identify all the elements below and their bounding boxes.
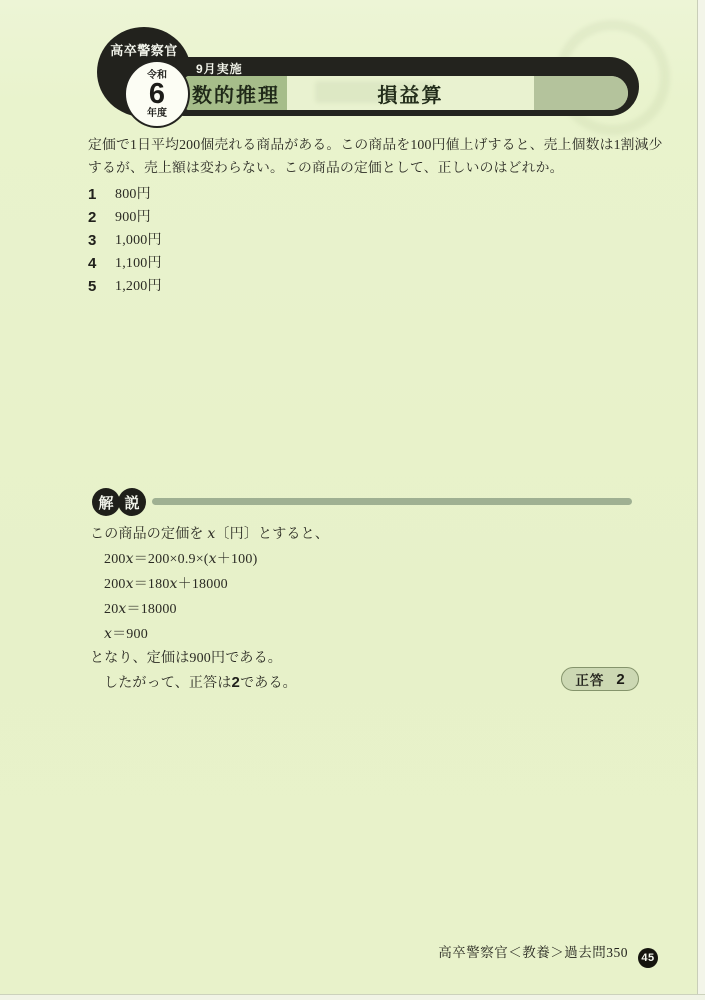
exam-category-label: 高卒警察官 [97,40,191,59]
explanation-rule-line [152,498,632,505]
option-label: 1,000円 [115,229,162,252]
page-footer: 高卒警察官＜教養＞過去問35045 [0,941,658,968]
equation-line: 20x＝18000 [104,597,650,622]
equation-line: 200x＝180x＋18000 [104,572,650,597]
equation-line: 200x＝200×0.9×(x＋100) [104,547,650,572]
option-row: 3 1,000円 [88,229,650,252]
correct-answer-label: 正答 [575,669,604,689]
page-number-badge: 45 [638,948,658,968]
option-number: 4 [88,252,115,275]
option-number: 3 [88,229,115,252]
option-number: 5 [88,275,115,298]
era-year-number: 6 [149,81,165,108]
final-pre-text: したがって、正答は [104,676,232,691]
answer-options: 1 800円 2 900円 3 1,000円 4 1,100円 5 1,200円 [88,183,650,298]
explanation-badge-circle: 解 [92,488,120,516]
correct-answer-badge: 正答 2 [561,667,639,691]
question-text-line: するが、売上額は変わらない。この商品の定価として、正しいのはどれか。 [88,156,650,179]
bleed-through-ghost [315,81,435,103]
option-row: 2 900円 [88,206,650,229]
option-label: 900円 [115,206,151,229]
correct-answer-value: 2 [616,671,624,688]
question-section: 定価で1日平均200個売れる商品がある。この商品を100円値上げすると、売上個数… [88,133,650,298]
option-label: 800円 [115,183,151,206]
explanation-badge-circle: 説 [118,488,146,516]
option-label: 1,200円 [115,275,162,298]
era-suffix: 年度 [147,108,167,119]
equation-line: x＝900 [104,622,650,647]
subject-segment: 数的推理 [185,76,287,110]
title-bar: 9月実施 数的推理 損益算 [176,57,639,116]
explanation-header: 解 説 [92,488,640,516]
era-year-badge: 令和 6 年度 [124,60,190,128]
option-number: 2 [88,206,115,229]
option-number: 1 [88,183,115,206]
topic-segment: 損益算 [287,76,534,110]
option-row: 1 800円 [88,183,650,206]
footer-book-title: 高卒警察官＜教養＞過去問350 [438,945,628,960]
endcap-segment [534,76,628,110]
schedule-label: 9月実施 [196,60,243,77]
scan-page-bottom-edge [0,994,705,1000]
scanned-workbook-page: { "page": { "background": "#e8f2ca", "fo… [0,0,705,1000]
question-text-line: 定価で1日平均200個売れる商品がある。この商品を100円値上げすると、売上個数… [88,133,650,156]
explanation-conclusion: となり、定価は900円である。 [90,647,650,671]
option-row: 5 1,200円 [88,275,650,298]
scan-page-right-edge [697,0,705,1000]
final-post-text: である。 [240,676,297,691]
explanation-intro: この商品の定価を x〔円〕とすると、 [90,522,650,547]
final-answer-number: 2 [232,674,241,691]
title-inner-bar: 数的推理 損益算 [185,76,628,110]
option-label: 1,100円 [115,252,162,275]
option-row: 4 1,100円 [88,252,650,275]
